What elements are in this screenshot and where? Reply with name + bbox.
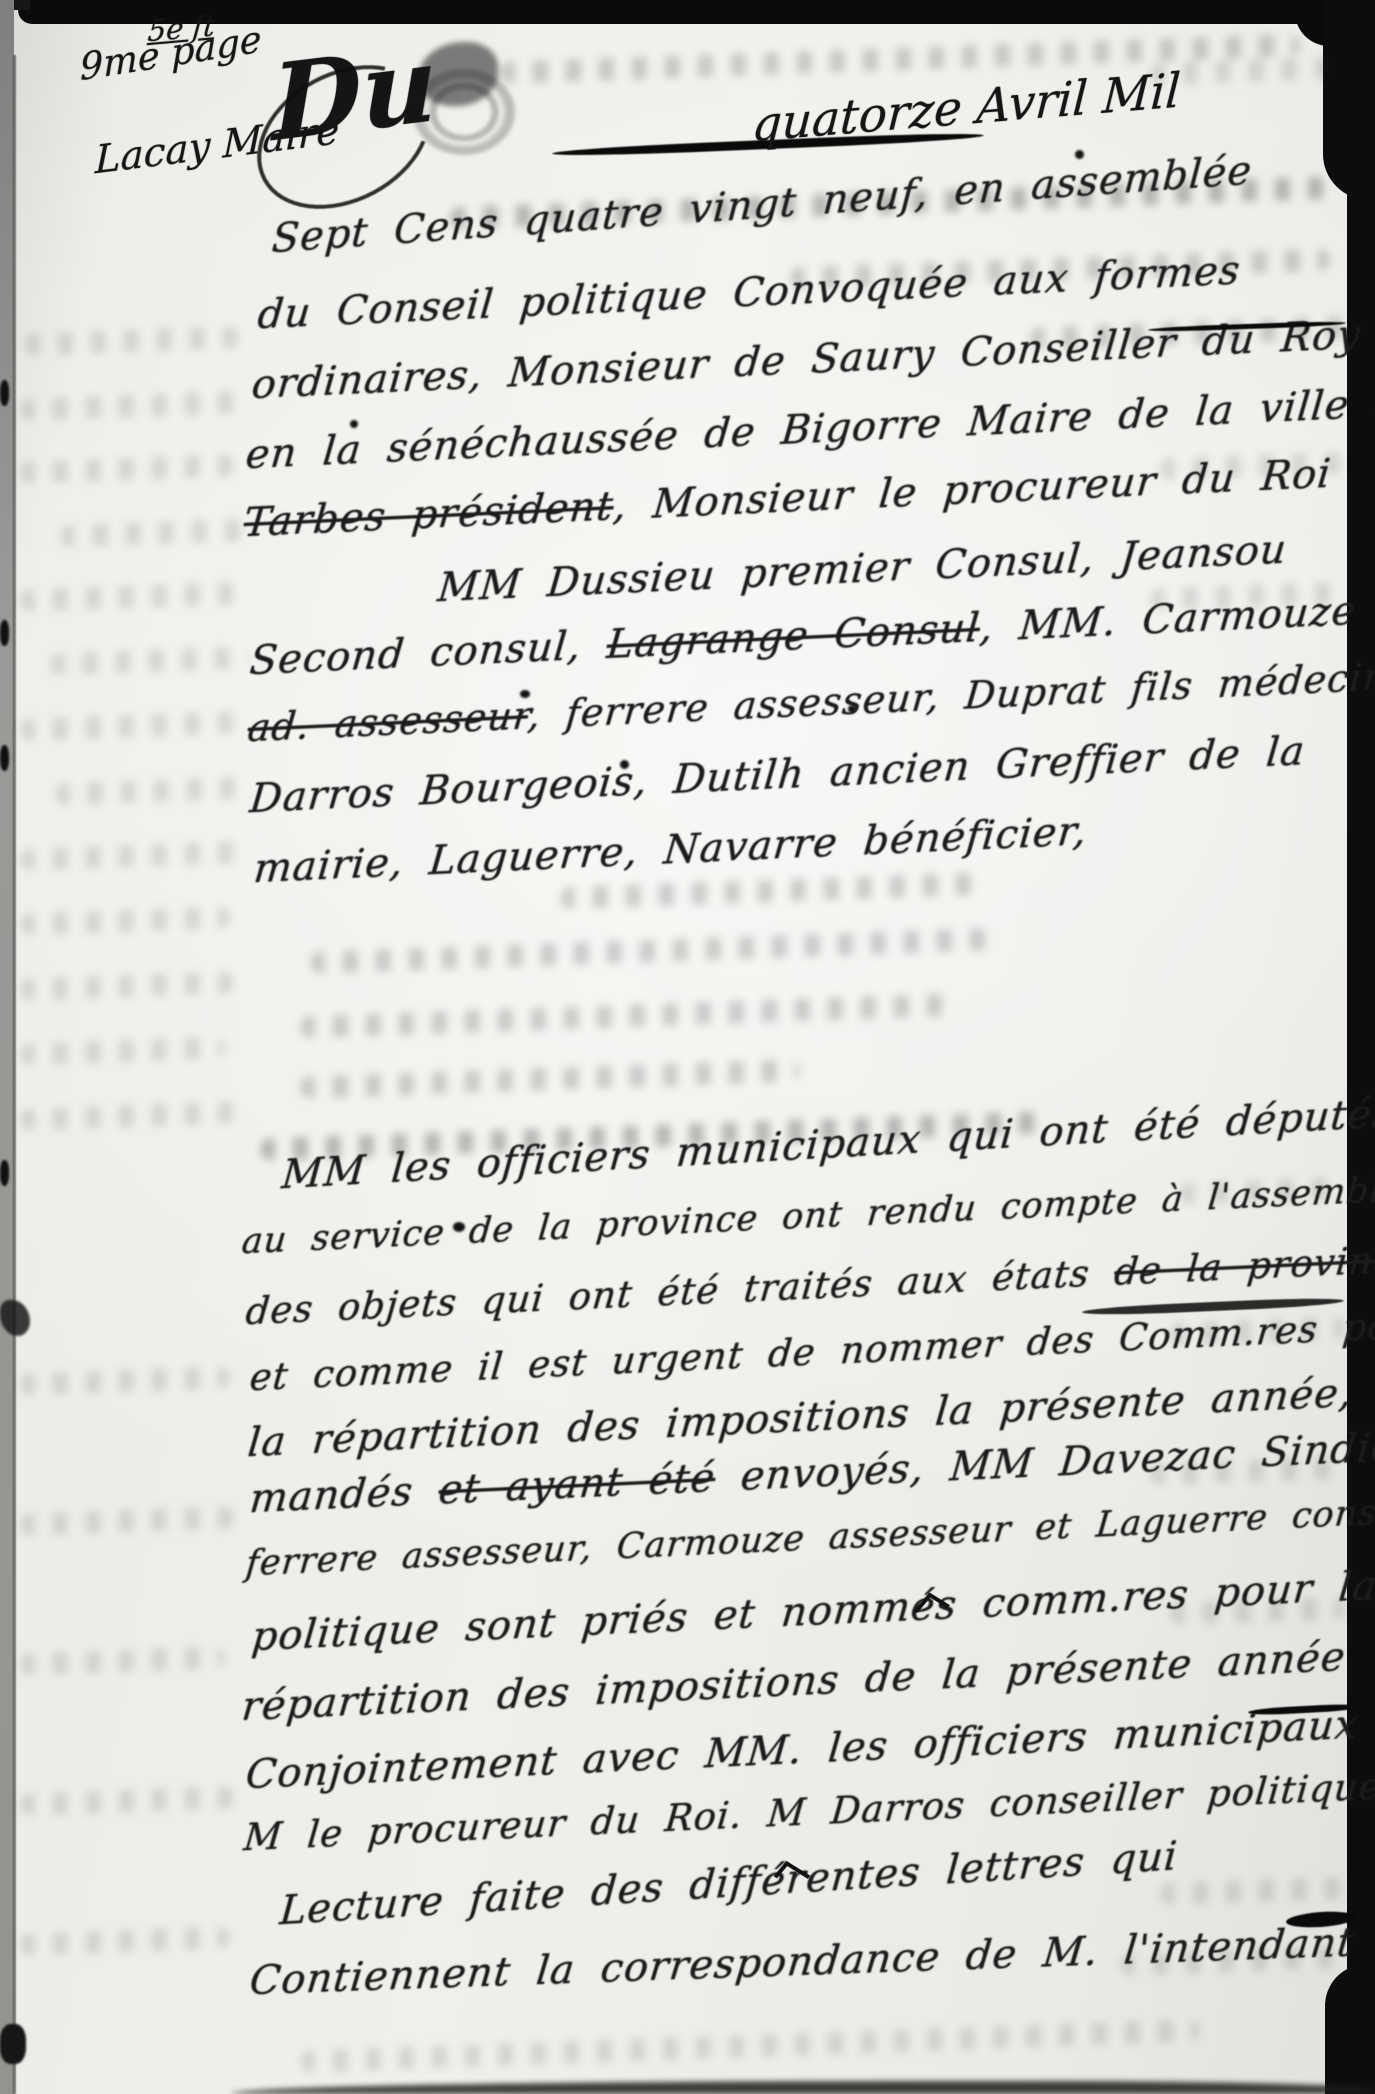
bleed-through-smudge (20, 841, 241, 871)
bleed-through-smudge (20, 391, 241, 421)
date-phrase: quatorze Avril Mil (750, 63, 1182, 153)
bleed-through-smudge (310, 928, 990, 974)
bleed-through-smudge (20, 906, 231, 935)
struck-text: Lagrange Consul (605, 605, 982, 668)
bleed-through-smudge (20, 711, 246, 741)
bleed-through-smudge (20, 1036, 226, 1065)
bleed-through-smudge (25, 326, 241, 355)
struck-text: ad. assesseur (246, 693, 530, 750)
bleed-through-smudge (20, 582, 241, 612)
book-right-edge-top (1323, 0, 1375, 200)
edge-ink-mark (0, 1160, 9, 1186)
bleed-through-smudge (20, 1926, 231, 1955)
bleed-through-smudge (20, 1646, 226, 1675)
page-fold-line (13, 55, 16, 2094)
edge-ink-mark (0, 620, 9, 646)
bleed-through-smudge (20, 1786, 236, 1815)
edge-ink-mark (0, 745, 9, 771)
bleed-through-smudge (50, 647, 251, 676)
bleed-through-smudge (20, 1101, 241, 1131)
bleed-through-smudge (20, 971, 236, 1000)
book-top-edge (18, 0, 1375, 24)
scan-left-margin (0, 0, 14, 2094)
manuscript-line: Contiennent la correspondance de M. l'in… (248, 1919, 1357, 2004)
struck-text: et ayant été (437, 1455, 718, 1514)
bleed-through-smudge (55, 777, 251, 806)
bleed-through-smudge (300, 1059, 800, 1098)
page-bottom-curve (230, 2081, 1375, 2094)
edge-ink-mark (0, 380, 9, 406)
struck-text: de la province (1113, 1237, 1375, 1294)
ink-spot (1075, 150, 1084, 159)
bleed-through-smudge (20, 1366, 231, 1395)
bleed-through-smudge (560, 873, 981, 910)
bleed-through-smudge (300, 994, 950, 1039)
bleed-through-smudge (20, 454, 236, 483)
bleed-through-smudge (300, 2019, 1200, 2072)
bleed-through-smudge (60, 519, 251, 548)
edge-ink-mark (0, 2024, 26, 2064)
struck-text: Tarbes président (242, 483, 616, 546)
manuscript-page: 5e ft 9me page Lacay Maire Du quatorze A… (0, 0, 1375, 2094)
bleed-through-smudge (20, 1506, 236, 1535)
book-right-edge-bottom (1325, 1964, 1375, 2094)
bleed-through-smudge (1160, 1877, 1346, 1905)
